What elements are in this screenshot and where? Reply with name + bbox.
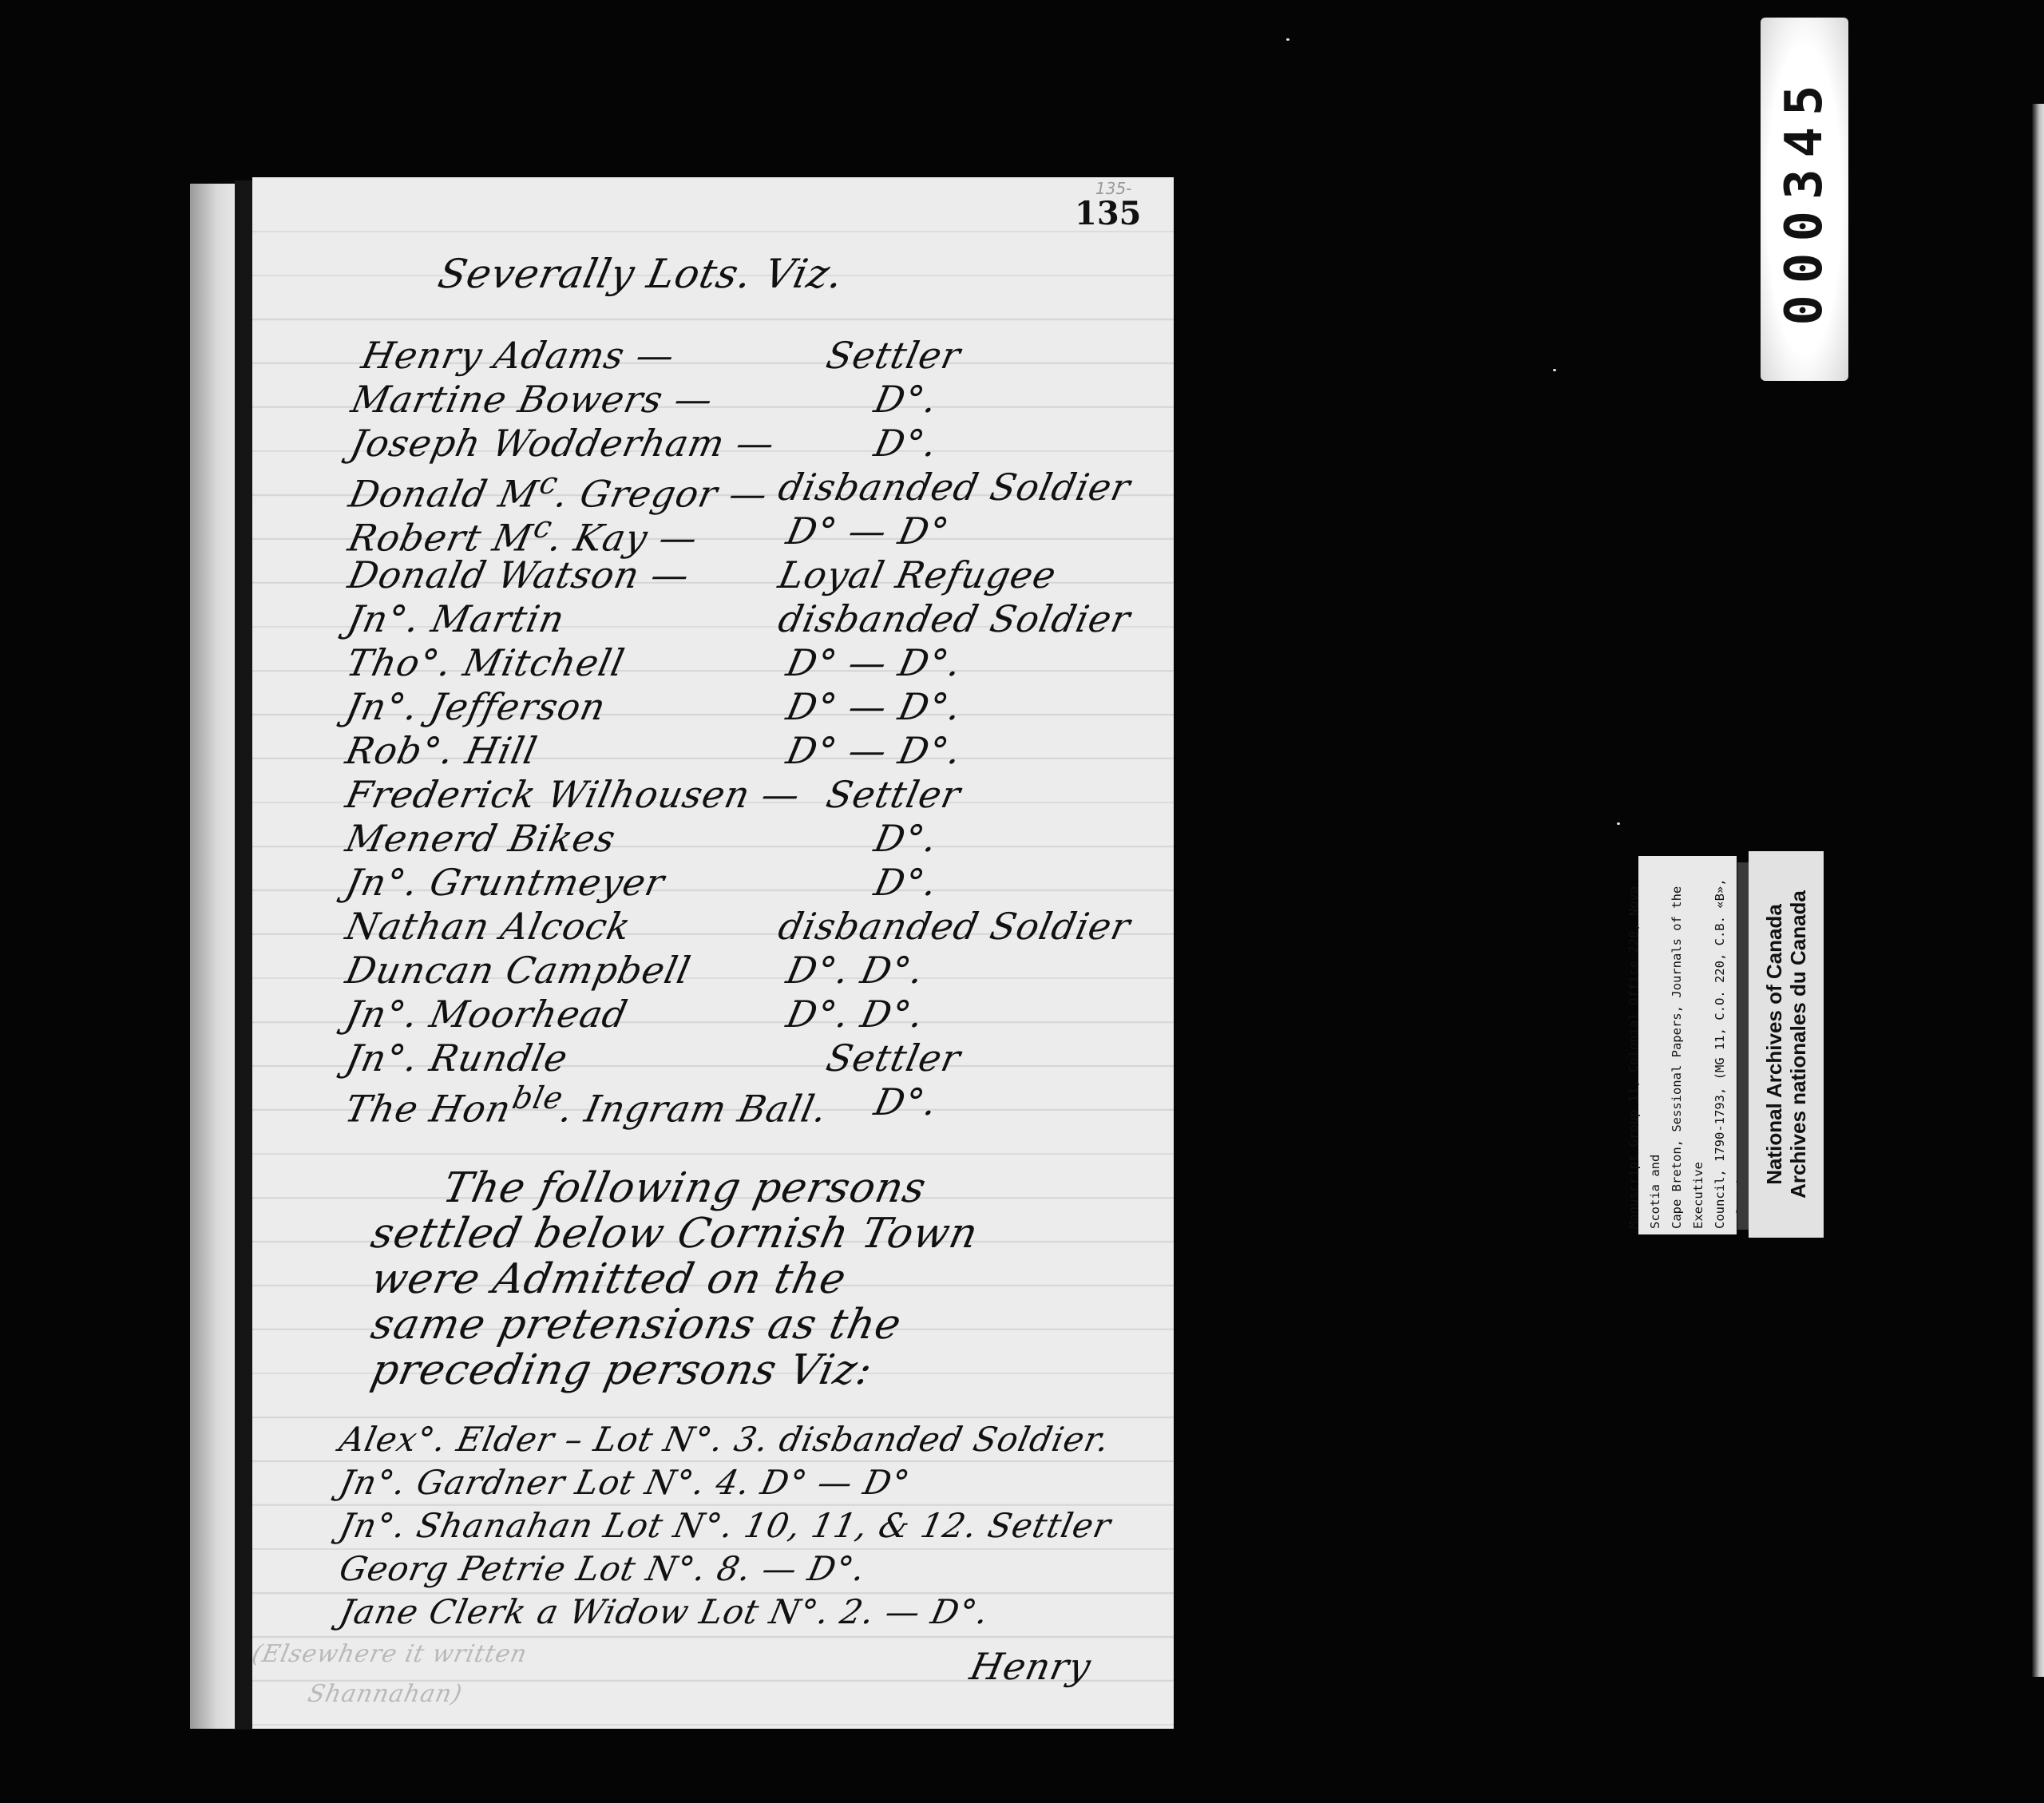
book-binding-gutter <box>235 180 252 1730</box>
page-number: 135 <box>1075 195 1142 232</box>
entry-status: D° — D°. <box>783 644 965 681</box>
entry-status: D°. <box>871 381 941 418</box>
entry-status: D°. D°. <box>783 952 927 989</box>
archives-name-fr: Archives nationales du Canada <box>1786 857 1810 1232</box>
frame-counter: 000345 <box>1775 73 1834 325</box>
lot-entry: Jn°. Shanahan Lot N°. 10, 11, & 12. Sett… <box>337 1509 1115 1543</box>
manuscript-page: 135- 135 Severally Lots. Viz. Henry Henr… <box>252 177 1174 1729</box>
entry-status: D°. <box>871 820 941 857</box>
entry-status: Settler <box>823 776 964 813</box>
entry-name: Joseph Wodderham — <box>347 425 778 462</box>
dust-speck <box>1617 822 1620 825</box>
entry-name: The Honble. Ingram Ball. <box>342 1084 832 1127</box>
entry-status: D° — D°. <box>783 688 965 725</box>
entry-status: D°. <box>871 1084 941 1120</box>
entry-name: Frederick Wilhousen — <box>343 776 803 813</box>
entry-name: Menerd Bikes <box>343 820 619 857</box>
entry-name: Jn°. Jefferson <box>343 688 609 725</box>
paragraph-line: preceding persons Viz: <box>367 1349 876 1391</box>
lot-entry: Alex°. Elder – Lot N°. 3. disbanded Sold… <box>337 1423 1113 1456</box>
entry-name: Donald Mc. Gregor — <box>346 469 773 512</box>
entry-name: Robert Mc. Kay — <box>345 513 703 556</box>
dust-speck <box>1553 369 1556 371</box>
entry-status: disbanded Soldier <box>775 469 1134 505</box>
paragraph-line: settled below Cornish Town <box>367 1213 981 1254</box>
entry-name: Nathan Alcock <box>343 908 634 945</box>
previous-page-edge <box>190 184 235 1729</box>
entry-name: Henry Adams — <box>358 337 678 374</box>
catchword: Henry <box>967 1648 1095 1685</box>
entry-name: Jn°. Rundle <box>343 1040 571 1076</box>
frame-counter-stamp: 000345 <box>1761 18 1848 381</box>
lot-entry: Georg Petrie Lot N°. 8. — D°. <box>337 1552 869 1586</box>
lot-entry: Jn°. Gardner Lot N°. 4. D° — D° <box>337 1466 913 1500</box>
entry-status: D°. <box>871 425 941 462</box>
entry-status: D° — D°. <box>783 732 965 769</box>
entry-status: Settler <box>823 337 964 374</box>
entry-name: Martine Bowers — <box>348 381 716 418</box>
paragraph-line: same pretensions as the <box>367 1304 905 1345</box>
entry-status: Settler <box>823 1040 964 1076</box>
label-divider <box>1737 862 1749 1230</box>
dust-speck <box>1286 38 1289 41</box>
entry-status: Loyal Refugee <box>775 557 1060 593</box>
citation-text: Manuscript Group 11, Colonial Office 220… <box>1623 862 1753 1229</box>
archives-name-en: National Archives of Canada <box>1762 857 1786 1232</box>
entry-name: Jn°. Gruntmeyer <box>343 864 668 901</box>
paragraph-line: The following persons <box>439 1167 929 1209</box>
entry-name: Donald Watson — <box>345 557 693 593</box>
pencil-note-line: (Elsewhere it written <box>250 1643 529 1666</box>
entry-status: disbanded Soldier <box>775 600 1134 637</box>
archives-label: National Archives of Canada Archives nat… <box>1749 851 1824 1238</box>
pencil-note-line: Shannahan) <box>306 1682 465 1706</box>
lot-entry: Jane Clerk a Widow Lot N°. 2. — D°. <box>337 1595 992 1629</box>
entry-name: Jn°. Moorhead <box>343 996 631 1032</box>
entry-name: Tho°. Mitchell <box>343 644 628 681</box>
heading: Severally Lots. Viz. <box>435 254 847 294</box>
entry-status: D°. <box>871 864 941 901</box>
entry-name: Jn°. Martin <box>344 600 568 637</box>
entry-name: Duncan Campbell <box>343 952 694 989</box>
entry-status: D°. D°. <box>783 996 927 1032</box>
entry-status: D° — D° <box>783 513 953 549</box>
citation-label: Manuscript Group 11, Colonial Office 220… <box>1638 856 1737 1234</box>
next-frame-edge <box>2032 104 2044 1677</box>
entry-name: Rob°. Hill <box>343 732 541 769</box>
entry-status: disbanded Soldier <box>775 908 1134 945</box>
paragraph-line: were Admitted on the <box>367 1258 850 1300</box>
